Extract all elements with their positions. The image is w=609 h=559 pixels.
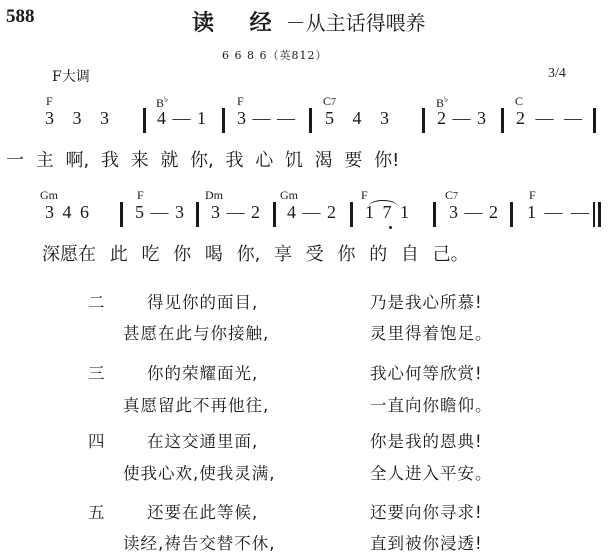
verse-line: 你的荣耀面光,	[147, 360, 258, 384]
chord: C7	[445, 188, 458, 203]
verse-number: 四	[88, 428, 106, 452]
lyrics-line: 一 主 啊, 我 来 就 你, 我 心 饥 渴 要 你!	[6, 146, 399, 172]
barline	[593, 108, 596, 133]
final-barline-thick	[598, 202, 601, 227]
verse-line: 直到被你浸透!	[370, 530, 483, 554]
measure: 3 — 2	[449, 202, 498, 223]
chord: Dm	[205, 188, 223, 203]
time-signature: 3/4	[548, 66, 566, 82]
title-main: 读 经	[192, 11, 286, 36]
meter-label: 6 6 8 6（英812）	[222, 47, 327, 63]
chord: F	[46, 94, 53, 109]
measure: 2 — 3	[437, 108, 486, 129]
barline	[510, 202, 513, 227]
chord: F	[529, 188, 536, 203]
barline	[350, 202, 353, 227]
barline	[196, 202, 199, 227]
measure: 3 3 3	[45, 108, 109, 129]
chord: C	[515, 94, 523, 109]
verse-line: 乃是我心所慕!	[370, 289, 483, 313]
barline	[309, 108, 312, 133]
measure: 4 — 1	[157, 108, 206, 129]
measure: 3 4 6	[45, 202, 89, 223]
measure: 1 — —	[527, 202, 589, 223]
measure: 5 4 3	[325, 108, 389, 129]
measure: 4 — 2	[287, 202, 336, 223]
verse-line: 一直向你瞻仰。	[370, 392, 493, 416]
chord: F	[137, 188, 144, 203]
measure: 3 — —	[237, 108, 295, 129]
chord: Gm	[280, 188, 298, 203]
verse-line: 还要在此等候,	[147, 499, 258, 523]
key-signature: F大调	[52, 66, 90, 86]
verse-number: 三	[88, 360, 106, 384]
verse-line: 灵里得着饱足。	[370, 320, 493, 344]
measure: 5 — 3	[135, 202, 184, 223]
verse-line: 使我心欢,使我灵满,	[123, 460, 276, 484]
hymn-number: 588	[6, 6, 35, 28]
slur	[368, 200, 398, 207]
final-barline-thin	[593, 202, 595, 227]
chord: C7	[323, 94, 336, 109]
chord: F	[361, 188, 368, 203]
barline	[143, 108, 146, 133]
barline	[273, 202, 276, 227]
verse-line: 真愿留此不再他往,	[123, 392, 269, 416]
verse-line: 甚愿在此与你接触,	[123, 320, 269, 344]
chord: Gm	[40, 188, 58, 203]
barline	[422, 108, 425, 133]
verse-line: 得见你的面目,	[147, 289, 258, 313]
lower-octave-dot	[389, 226, 392, 229]
verse-line: 全人进入平安。	[370, 460, 493, 484]
verse-line: 读经,祷告交替不休,	[123, 530, 276, 554]
barline	[222, 108, 225, 133]
measure: 2 — —	[516, 108, 582, 129]
verse-number: 五	[88, 499, 106, 523]
verse-number: 二	[88, 289, 106, 313]
verse-line: 还要向你寻求!	[370, 499, 483, 523]
barline	[433, 202, 436, 227]
barline	[501, 108, 504, 133]
verse-line: 我心何等欣赏!	[370, 360, 483, 384]
hymn-title: 读 经－从主话得喂养	[192, 6, 426, 37]
barline	[120, 202, 123, 227]
chord: F	[237, 94, 244, 109]
title-subtitle: －从主话得喂养	[286, 11, 426, 35]
verse-line: 在这交通里面,	[147, 428, 258, 452]
measure: 3 — 2	[211, 202, 260, 223]
verse-line: 你是我的恩典!	[370, 428, 483, 452]
lyrics-line: 深愿在 此 吃 你 喝 你, 享 受 你 的 自 己。	[42, 240, 469, 266]
